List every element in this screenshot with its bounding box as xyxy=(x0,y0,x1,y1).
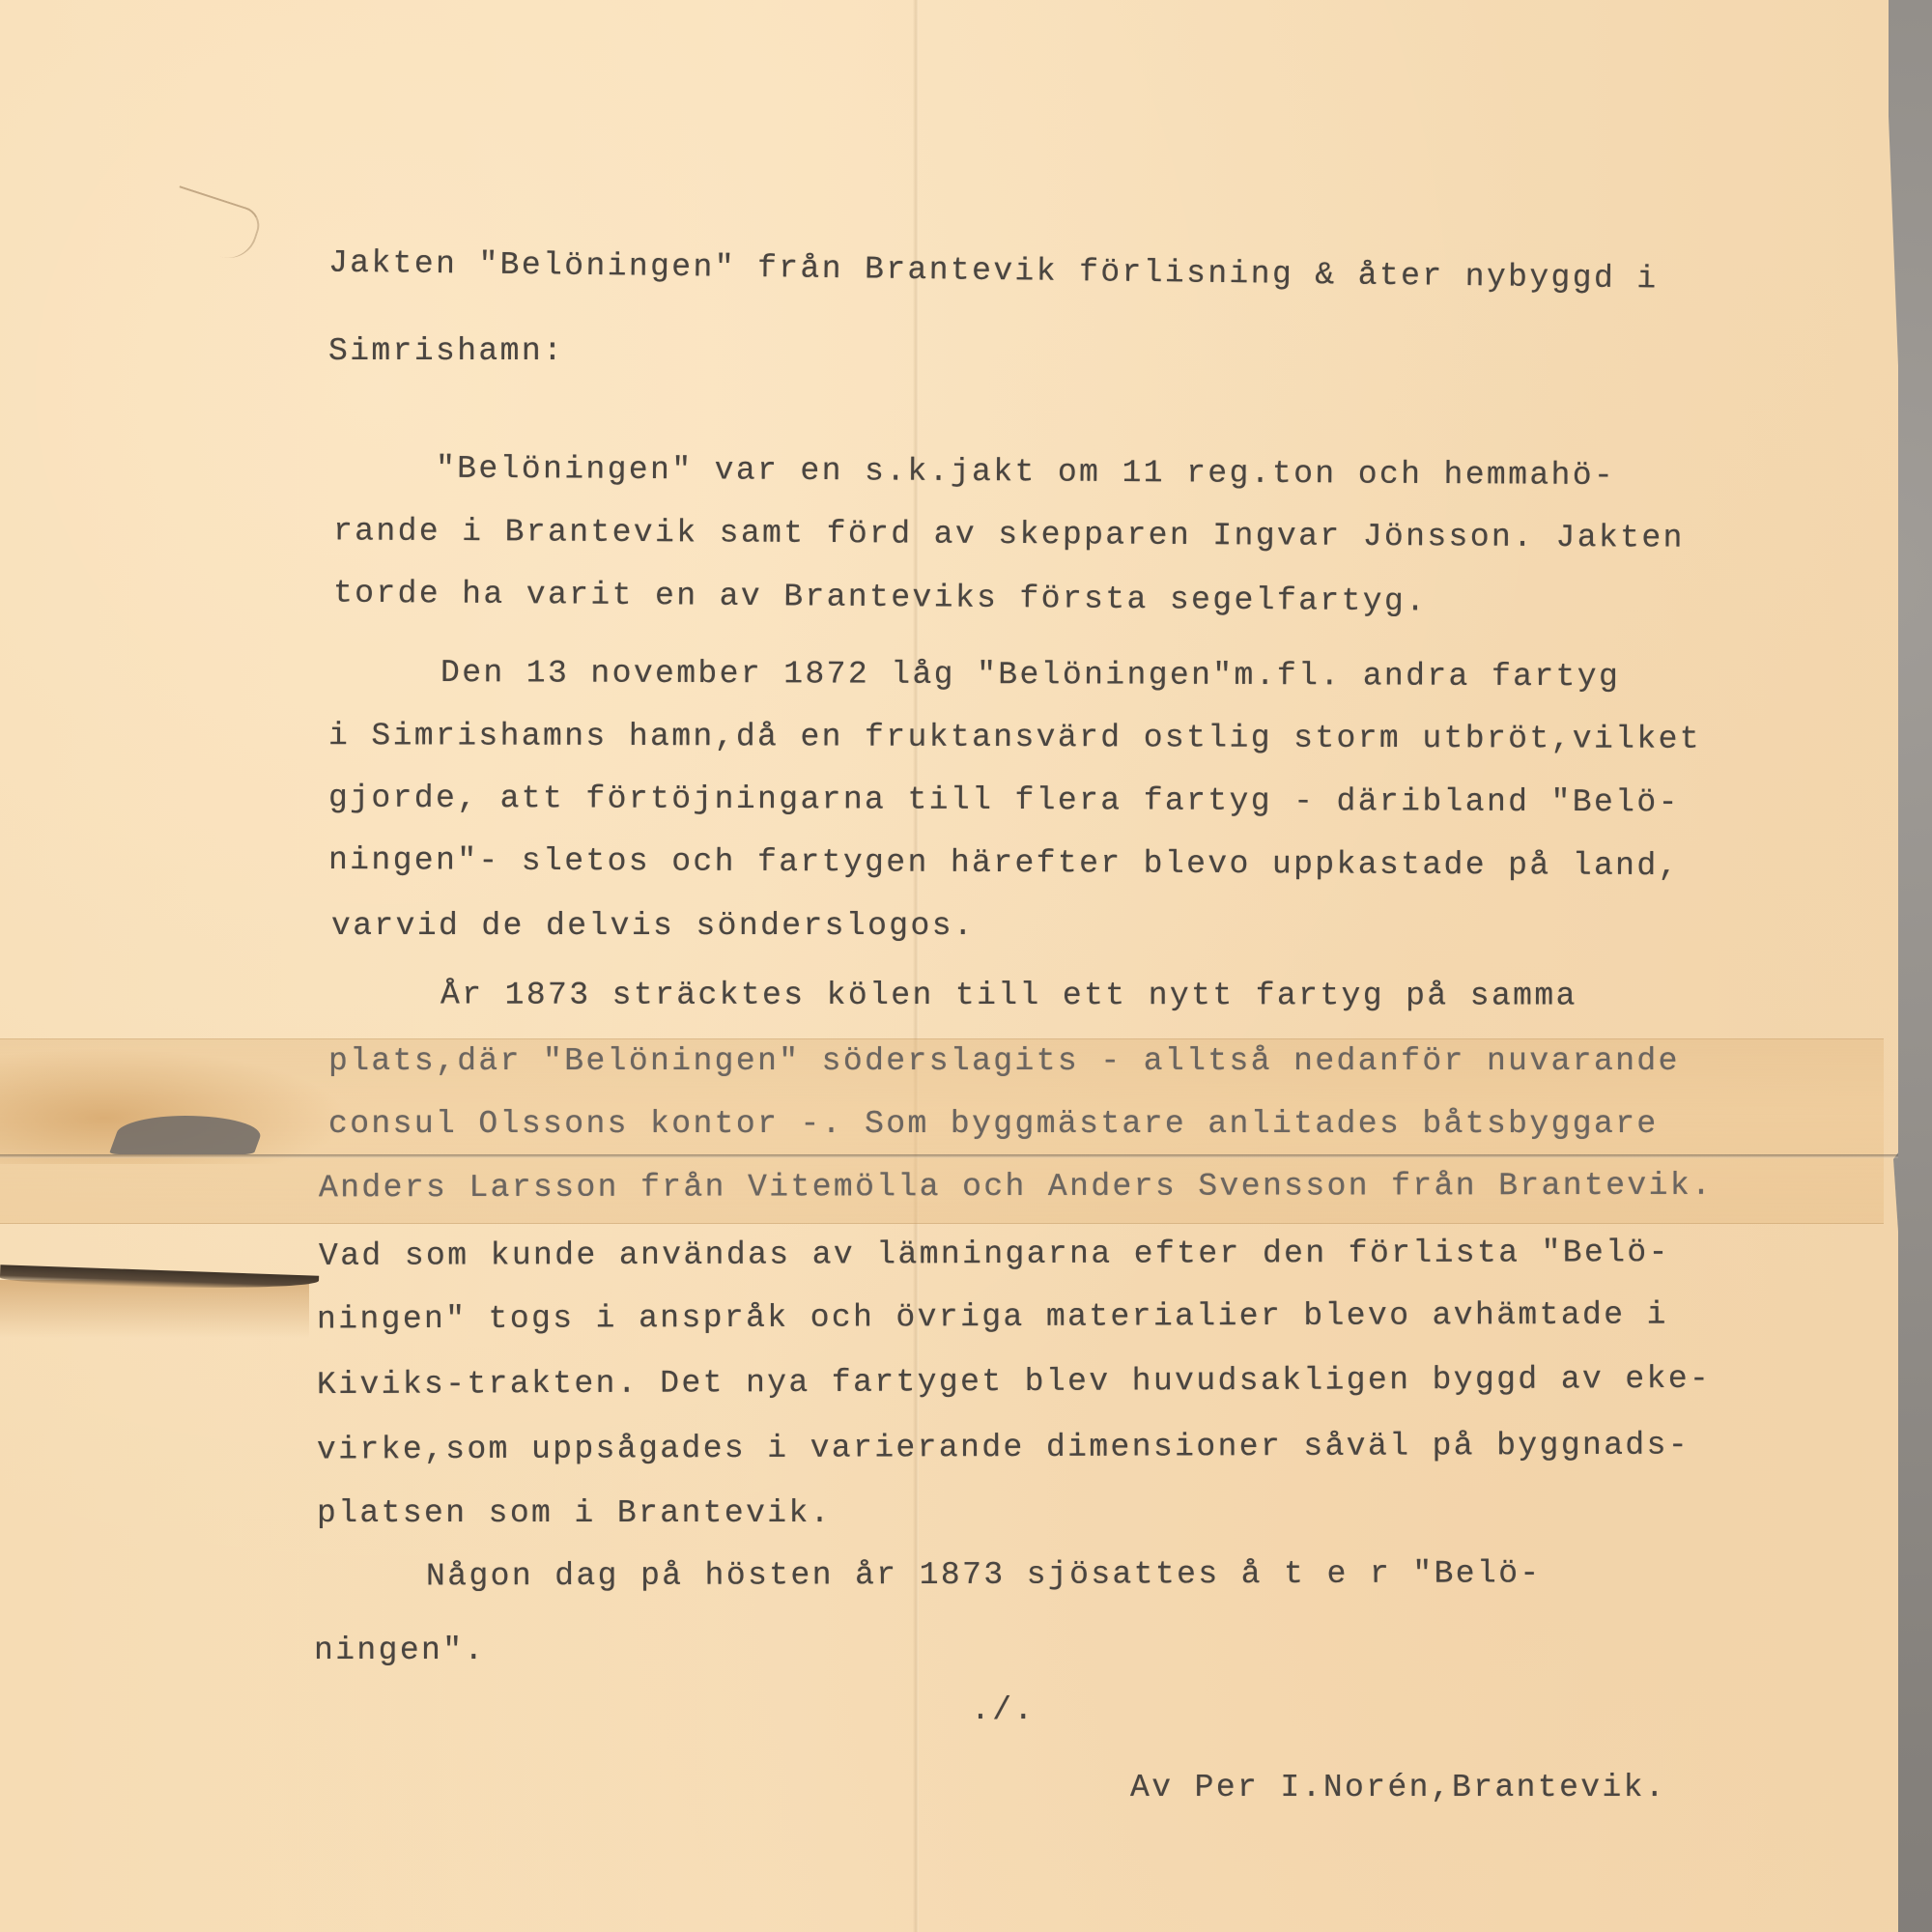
paragraph-3-line-6: ningen" togs i anspråk och övriga materi… xyxy=(317,1297,1668,1338)
paragraph-3-line-7: Kiviks-trakten. Det nya fartyget blev hu… xyxy=(317,1361,1711,1403)
paragraph-4-line-1: Någon dag på hösten år 1873 sjösattes å … xyxy=(319,1555,1542,1594)
torn-flap-shadow xyxy=(0,1280,309,1338)
paragraph-3-line-8: virke,som uppsågades i varierande dimens… xyxy=(317,1428,1690,1468)
document-title-line-2: Simrishamn: xyxy=(328,333,564,369)
paragraph-4-line-2: ningen". xyxy=(314,1633,486,1668)
paragraph-3-line-2: plats,där "Belöningen" söderslagits - al… xyxy=(328,1043,1680,1079)
paragraph-3-line-5: Vad som kunde användas av lämningarna ef… xyxy=(319,1235,1670,1274)
paragraph-2-line-5: varvid de delvis sönderslogos. xyxy=(331,908,975,944)
signature: Av Per I.Norén,Brantevik. xyxy=(1130,1770,1666,1805)
vertical-fold-crease xyxy=(913,0,919,1932)
end-mark: ./. xyxy=(971,1692,1036,1728)
paragraph-1-line-2: rande i Brantevik samt förd av skepparen… xyxy=(333,513,1685,555)
paragraph-2-line-1: Den 13 november 1872 låg "Belöningen"m.f… xyxy=(333,655,1620,696)
paragraph-3-line-4: Anders Larsson från Vitemölla och Anders… xyxy=(319,1168,1713,1207)
paragraph-2-line-2: i Simrishamns hamn,då en fruktansvärd os… xyxy=(328,718,1701,757)
paragraph-3-line-9: platsen som i Brantevik. xyxy=(317,1495,832,1531)
paragraph-3-line-3: consul Olssons kontor -. Som byggmästare… xyxy=(328,1106,1659,1142)
paragraph-3-line-1: År 1873 sträcktes kölen till ett nytt fa… xyxy=(333,977,1577,1013)
paragraph-2-line-4: ningen"- sletos och fartygen härefter bl… xyxy=(328,842,1680,884)
paragraph-2-line-3: gjorde, att förtöjningarna till flera fa… xyxy=(328,781,1680,821)
horizontal-tear-line xyxy=(0,1154,1898,1158)
